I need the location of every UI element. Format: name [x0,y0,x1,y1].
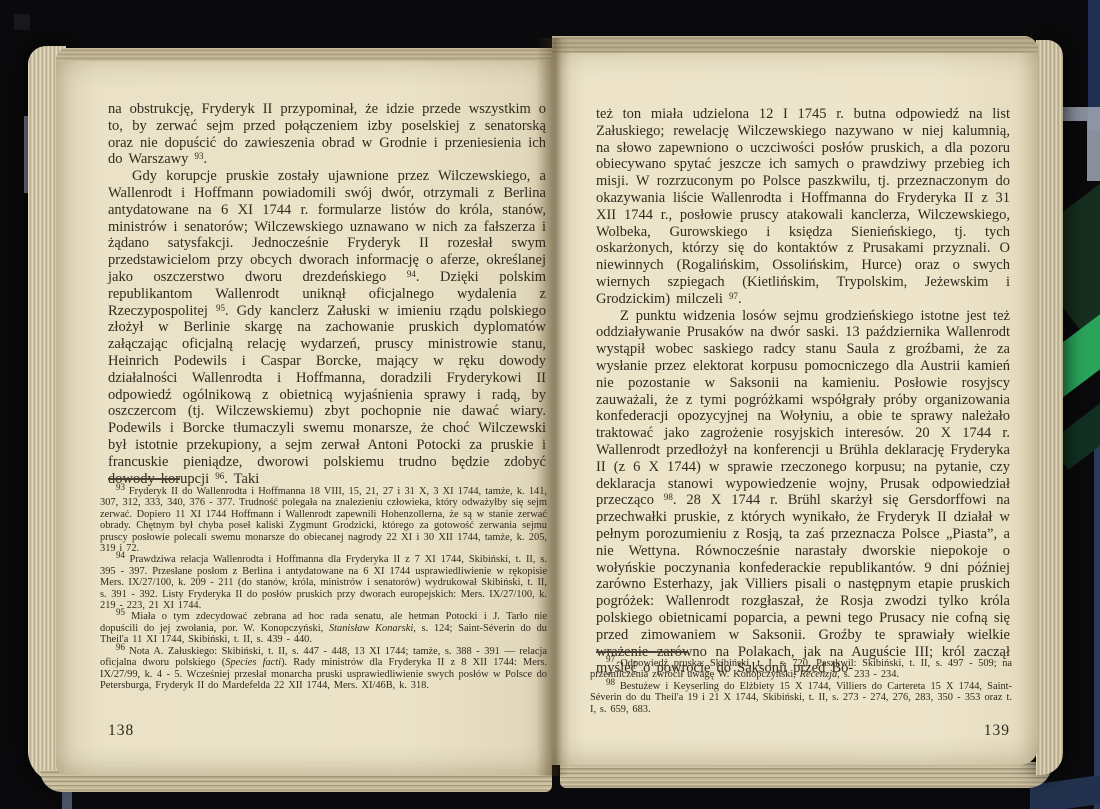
left-page-body-text: na obstrukcję, Fryderyk II przypominał, … [108,101,546,487]
text-segment: Fryderyk II do Wallenrodta i Hoffmanna 1… [100,486,547,554]
footnote-reference: 98 [664,492,673,502]
paragraph: też ton miała udzielona 12 I 1745 r. but… [596,106,1010,308]
page-edge-stack-bottom-right [560,762,1052,788]
footnote-reference: 95 [216,303,225,313]
right-navy-bar [1094,420,1100,809]
book-scan: na obstrukcję, Fryderyk II przypominał, … [0,0,1100,809]
right-page-footnotes: 97 Odpowiedź pruska: Skibiński, t. I, s.… [590,658,1012,715]
footnote-marker: 95 [116,607,131,617]
footnote-marker: 94 [116,550,130,560]
text-segment: Recenzja [800,669,838,680]
gray-corner-bracket-marker [1062,107,1100,181]
text-segment: . [203,151,207,167]
footnote: 98 Bestużew i Keyserling do Elżbiety 15 … [590,681,1012,715]
footnote-separator-rule [596,651,688,653]
paragraph: na obstrukcję, Fryderyk II przypominał, … [108,101,546,168]
text-segment: Prawdziwa relacja Wallenrodta i Hoffmann… [100,554,547,611]
footnote: 96 Nota A. Załuskiego: Skibiński, t. II,… [100,646,547,692]
page-edge-top [56,48,552,61]
page-edge-stack-right [1036,40,1063,775]
frame-square-marker [14,14,30,30]
text-segment: . [738,291,742,307]
text-segment: Z punktu widzenia losów sejmu grodzieńsk… [596,308,1010,509]
page-edge-top [552,36,1038,53]
text-segment: Bestużew i Keyserling do Elżbiety 15 X 1… [590,681,1012,715]
text-segment: na obstrukcję, Fryderyk II przypominał, … [108,101,546,167]
right-page-body-text: też ton miała udzielona 12 I 1745 r. but… [596,106,1010,677]
text-segment: , s. 233 - 234. [837,669,899,680]
footnote-marker: 97 [606,654,620,664]
footnote: 95 Miała o tym zdecydować zebrana ad hoc… [100,611,547,645]
footnote: 97 Odpowiedź pruska: Skibiński, t. I, s.… [590,658,1012,681]
footnote-separator-rule [108,478,180,480]
text-segment: Species facti [225,657,281,668]
footnote-marker: 96 [116,642,129,652]
footnote: 94 Prawdziwa relacja Wallenrodta i Hoffm… [100,554,547,611]
footnote-reference: 97 [729,291,738,301]
footnote: 93 Fryderyk II do Wallenrodta i Hoffmann… [100,486,547,554]
paragraph: Gdy korupcje pruskie zostały ujawnione p… [108,168,546,487]
footnote-reference: 96 [215,471,224,481]
paragraph: Z punktu widzenia losów sejmu grodzieńsk… [596,308,1010,678]
text-segment: Stanisław Konarski [329,623,413,634]
footnote-reference: 94 [407,269,416,279]
text-segment: . Taki [224,471,259,487]
text-segment: . 28 X 1744 r. Brühl skarżył się Gersdor… [596,492,1010,676]
text-segment: Gdy korupcje pruskie zostały ujawnione p… [108,168,546,285]
footnote-marker: 98 [606,677,620,687]
text-segment: też ton miała udzielona 12 I 1745 r. but… [596,106,1010,307]
left-page-footnotes: 93 Fryderyk II do Wallenrodta i Hoffmann… [100,486,547,691]
page-number-right: 139 [596,722,1010,740]
page-number-left: 138 [108,722,134,740]
footnote-marker: 93 [116,482,129,492]
text-segment: . Gdy kanclerz Załuski w imieniu rządu p… [108,303,546,487]
